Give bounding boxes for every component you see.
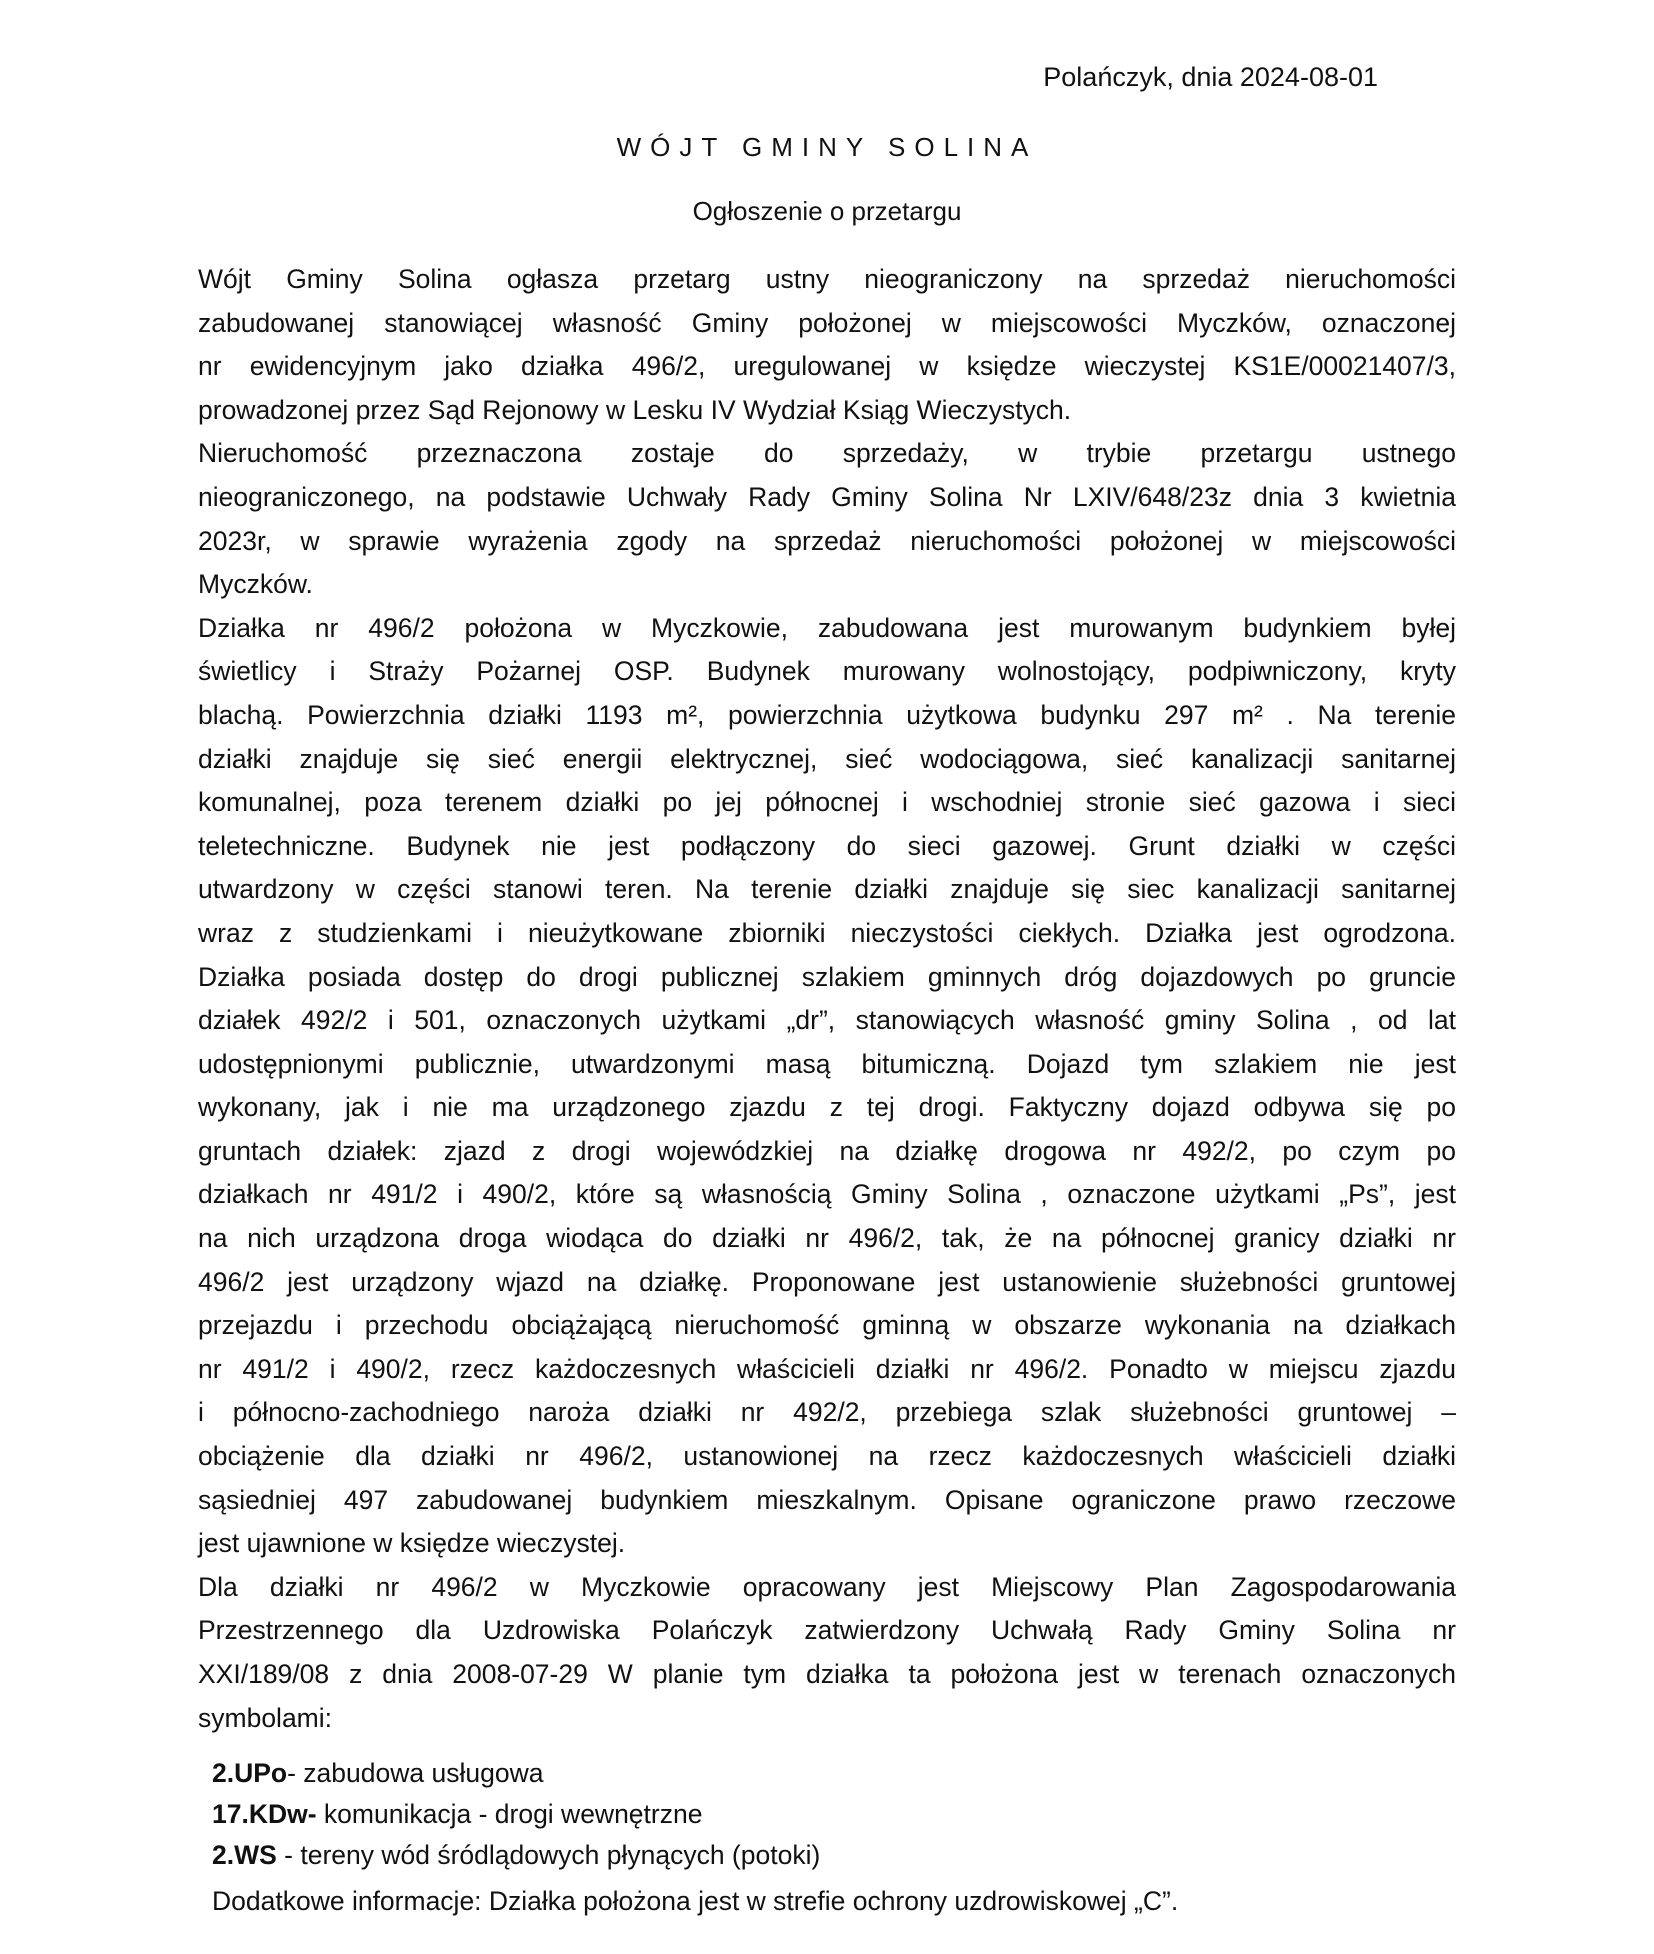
zoning-symbol-item: 2.WS - tereny wód śródlądowych płynących… bbox=[212, 1835, 820, 1876]
body-line: na nich urządzona droga wiodąca do dział… bbox=[198, 1217, 1456, 1261]
zoning-description: komunikacja - drogi wewnętrzne bbox=[317, 1799, 703, 1829]
zoning-code: 2.WS bbox=[212, 1840, 277, 1870]
body-line: Działka posiada dostęp do drogi publiczn… bbox=[198, 956, 1456, 1000]
body-line: i północno-zachodniego naroża działki nr… bbox=[198, 1391, 1456, 1435]
body-line: gruntach działek: zjazd z drogi wojewódz… bbox=[198, 1130, 1456, 1174]
zoning-description: - tereny wód śródlądowych płynących (pot… bbox=[277, 1840, 821, 1870]
body-line: 2023r, w sprawie wyrażenia zgody na sprz… bbox=[198, 520, 1456, 564]
body-line: Nieruchomość przeznaczona zostaje do spr… bbox=[198, 432, 1456, 476]
body-line: utwardzony w części stanowi teren. Na te… bbox=[198, 868, 1456, 912]
place-date: Polańczyk, dnia 2024-08-01 bbox=[1043, 62, 1378, 93]
body-line: udostępnionymi publicznie, utwardzonymi … bbox=[198, 1043, 1456, 1087]
body-line: obciążenie dla działki nr 496/2, ustanow… bbox=[198, 1435, 1456, 1479]
zoning-symbol-item: 2.UPo- zabudowa usługowa bbox=[212, 1753, 820, 1794]
zoning-symbol-item: 17.KDw- komunikacja - drogi wewnętrzne bbox=[212, 1794, 820, 1835]
document-title: Ogłoszenie o przetargu bbox=[0, 196, 1654, 227]
additional-info: Dodatkowe informacje: Działka położona j… bbox=[212, 1886, 1178, 1917]
body-line: komunalnej, poza terenem działki po jej … bbox=[198, 781, 1456, 825]
body-line: działki znajduje się sieć energii elektr… bbox=[198, 738, 1456, 782]
body-line: Przestrzennego dla Uzdrowiska Polańczyk … bbox=[198, 1609, 1456, 1653]
body-line: prowadzonej przez Sąd Rejonowy w Lesku I… bbox=[198, 389, 1456, 433]
body-line: nr ewidencyjnym jako działka 496/2, ureg… bbox=[198, 345, 1456, 389]
body-line: wraz z studzienkami i nieużytkowane zbio… bbox=[198, 912, 1456, 956]
body-line: świetlicy i Straży Pożarnej OSP. Budynek… bbox=[198, 650, 1456, 694]
body-line: wykonany, jak i nie ma urządzonego zjazd… bbox=[198, 1086, 1456, 1130]
zoning-code: 2.UPo bbox=[212, 1758, 287, 1788]
body-line: przejazdu i przechodu obciążającą nieruc… bbox=[198, 1304, 1456, 1348]
body-line: 496/2 jest urządzony wjazd na działkę. P… bbox=[198, 1261, 1456, 1305]
body-line: działkach nr 491/2 i 490/2, które są wła… bbox=[198, 1173, 1456, 1217]
body-line: blachą. Powierzchnia działki 1193 m², po… bbox=[198, 694, 1456, 738]
body-line: nr 491/2 i 490/2, rzecz każdoczesnych wł… bbox=[198, 1348, 1456, 1392]
zoning-code: 17.KDw- bbox=[212, 1799, 317, 1829]
body-line: Działka nr 496/2 położona w Myczkowie, z… bbox=[198, 607, 1456, 651]
body-line: nieograniczonego, na podstawie Uchwały R… bbox=[198, 476, 1456, 520]
document-page: Polańczyk, dnia 2024-08-01 WÓJT GMINY SO… bbox=[0, 0, 1654, 1954]
zoning-description: - zabudowa usługowa bbox=[287, 1758, 543, 1788]
body-line: Dla działki nr 496/2 w Myczkowie opracow… bbox=[198, 1566, 1456, 1610]
body-line: symbolami: bbox=[198, 1697, 1456, 1741]
authority-heading: WÓJT GMINY SOLINA bbox=[0, 132, 1654, 163]
body-line: XXI/189/08 z dnia 2008-07-29 W planie ty… bbox=[198, 1653, 1456, 1697]
body-line: sąsiedniej 497 zabudowanej budynkiem mie… bbox=[198, 1479, 1456, 1523]
body-line: Myczków. bbox=[198, 563, 1456, 607]
body-line: teletechniczne. Budynek nie jest podłącz… bbox=[198, 825, 1456, 869]
body-line: jest ujawnione w księdze wieczystej. bbox=[198, 1522, 1456, 1566]
announcement-body: Wójt Gminy Solina ogłasza przetarg ustny… bbox=[198, 258, 1456, 1740]
body-line: zabudowanej stanowiącej własność Gminy p… bbox=[198, 302, 1456, 346]
body-line: działek 492/2 i 501, oznaczonych użytkam… bbox=[198, 999, 1456, 1043]
body-line: Wójt Gminy Solina ogłasza przetarg ustny… bbox=[198, 258, 1456, 302]
zoning-symbols-list: 2.UPo- zabudowa usługowa17.KDw- komunika… bbox=[212, 1753, 820, 1876]
